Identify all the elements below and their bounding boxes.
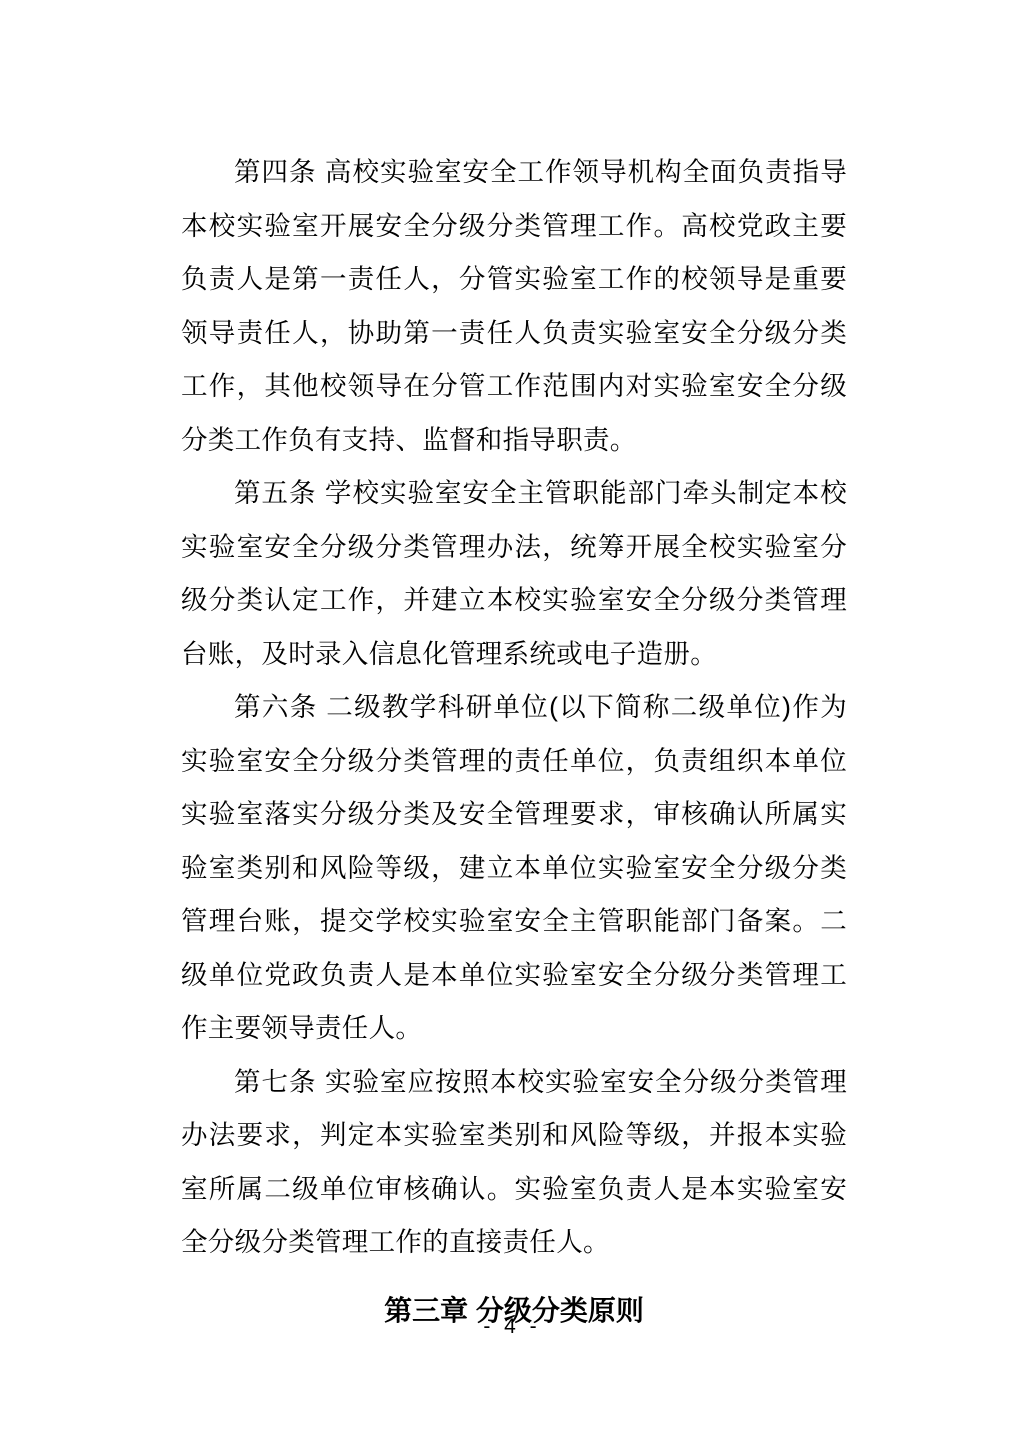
- document-page: 第四条 高校实验室安全工作领导机构全面负责指导本校实验室开展安全分级分类管理工作…: [0, 0, 1024, 1448]
- paragraph-article-5: 第五条 学校实验室安全主管职能部门牵头制定本校实验室安全分级分类管理办法，统筹开…: [181, 467, 847, 681]
- document-body: 第四条 高校实验室安全工作领导机构全面负责指导本校实验室开展安全分级分类管理工作…: [181, 146, 847, 1337]
- page-number: - 4 -: [0, 1312, 1024, 1342]
- paragraph-article-4: 第四条 高校实验室安全工作领导机构全面负责指导本校实验室开展安全分级分类管理工作…: [181, 146, 847, 467]
- paragraph-article-6: 第六条 二级教学科研单位(以下简称二级单位)作为实验室安全分级分类管理的责任单位…: [181, 681, 847, 1056]
- paragraph-article-7: 第七条 实验室应按照本校实验室安全分级分类管理办法要求，判定本实验室类别和风险等…: [181, 1056, 847, 1270]
